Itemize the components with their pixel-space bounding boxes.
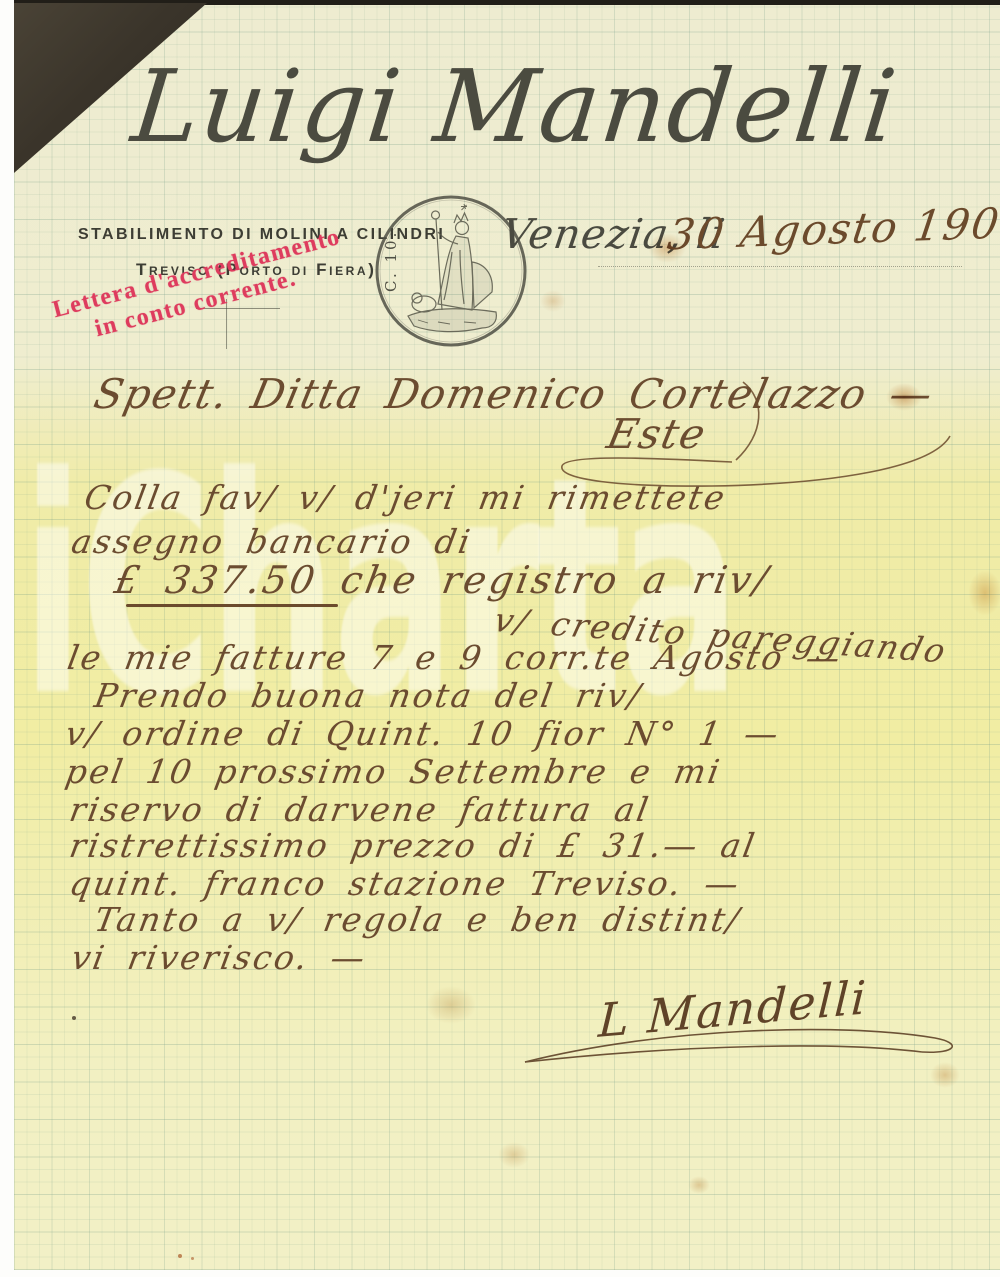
body-line-12: Tanto a v/ regola e ben distint/ bbox=[92, 900, 745, 939]
rust-speck bbox=[191, 1257, 194, 1260]
body-line-2: assegno bancario di bbox=[69, 522, 476, 561]
body-line-13: vi riverisco. — bbox=[69, 938, 371, 977]
body-line-8: pel 10 prossimo Settembre e mi bbox=[63, 752, 725, 791]
body-line-9: riservo di darvene fattura al bbox=[67, 790, 654, 829]
dateline-dotted-rule bbox=[598, 238, 962, 267]
body-line-5: le mie fatture 7 e 9 corr.te Agosto — bbox=[65, 638, 846, 677]
amount-underline bbox=[126, 604, 338, 607]
recipient-line: Spett. Ditta Domenico Cortelazzo — bbox=[90, 370, 938, 418]
body-line-amount: £ 337.50 che registro a riv/ bbox=[111, 558, 774, 602]
seal-label: C. 10. bbox=[382, 230, 400, 292]
scanned-letter-page: iCharta Luigi Mandelli STABILIMENTO DI M… bbox=[0, 0, 1000, 1277]
body-line-7: v/ ordine di Quint. 10 fior N° 1 — bbox=[63, 714, 784, 753]
body-line-1: Colla fav/ v/ d'jeri mi rimettete bbox=[82, 478, 730, 517]
letterhead-title: Luigi Mandelli bbox=[114, 52, 916, 162]
body-line-10: ristrettissimo prezzo di £ 31.— al bbox=[67, 826, 760, 865]
ink-speck bbox=[72, 1016, 76, 1020]
seal-figure bbox=[408, 204, 496, 332]
body-line-6: Prendo buona nota del riv/ bbox=[92, 676, 646, 715]
body-line-11: quint. franco stazione Treviso. — bbox=[67, 864, 744, 903]
recipient-city: Este bbox=[603, 410, 711, 458]
rust-speck bbox=[178, 1254, 182, 1258]
